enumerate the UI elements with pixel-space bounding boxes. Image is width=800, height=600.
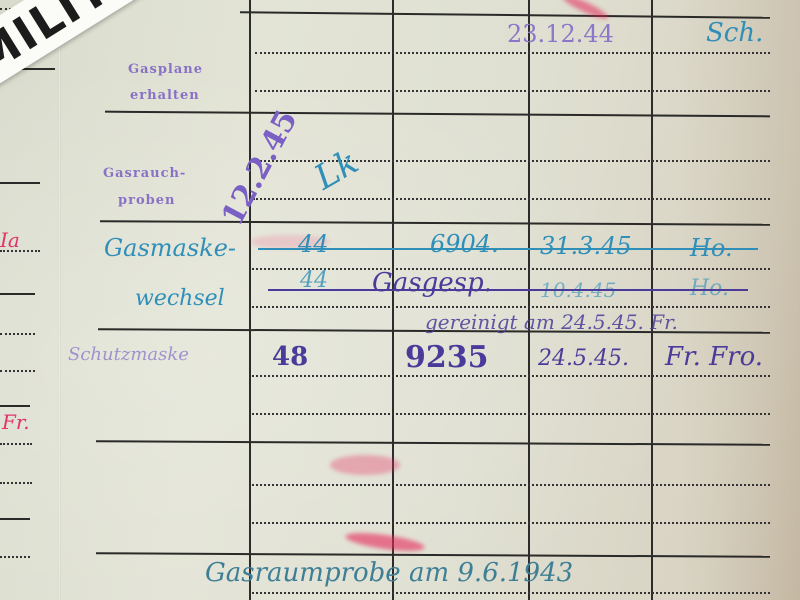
dotted-rule xyxy=(252,522,770,524)
label-gasplane-2: erhalten xyxy=(130,88,200,103)
margin-line xyxy=(0,293,35,295)
dotted-rule xyxy=(255,52,770,54)
margin-dots xyxy=(0,333,35,335)
dotted-rule xyxy=(252,268,770,270)
dotted-rule xyxy=(252,413,770,415)
label-row4: Schutzmaske xyxy=(68,344,189,365)
strikethrough-line xyxy=(258,248,758,250)
dotted-rule xyxy=(255,90,770,92)
entry-bottom-note: Gasraumprobe am 9.6.1943 xyxy=(205,558,573,588)
dotted-rule xyxy=(252,306,770,308)
label-gasmaske-2: wechsel xyxy=(135,286,225,311)
margin-dots xyxy=(0,370,35,372)
margin-line xyxy=(0,405,30,407)
dotted-rule xyxy=(253,198,770,200)
entry-row3b-number: Gasgesp. xyxy=(372,268,492,298)
margin-mark-ia: Ia xyxy=(0,228,20,252)
entry-row3-note: gereinigt am 24.5.45. Fr. xyxy=(425,310,678,334)
margin-line xyxy=(0,182,40,184)
dotted-rule xyxy=(252,484,770,486)
entry-row3a-number: 6904. xyxy=(430,230,499,258)
entry-row3a-size: 44 xyxy=(298,230,329,258)
margin-dots xyxy=(0,443,32,445)
page-fold xyxy=(58,0,61,600)
label-gasplane-1: Gasplane xyxy=(128,62,203,77)
red-smear xyxy=(330,455,400,475)
entry-row4-date: 24.5.45. xyxy=(538,346,629,371)
strikethrough-line xyxy=(268,289,748,291)
dotted-rule xyxy=(252,375,770,377)
margin-dots xyxy=(0,556,30,558)
label-gasmaske-1: Gasmaske- xyxy=(104,234,236,262)
margin-mark-fr: Fr. xyxy=(2,410,30,434)
entry-row3a-date: 31.3.45 xyxy=(540,232,632,260)
entry-row4-sign: Fr. Fro. xyxy=(665,342,763,372)
dotted-rule xyxy=(252,592,770,594)
entry-row4-number: 9235 xyxy=(405,340,489,375)
entry-top-sign: Sch. xyxy=(706,18,763,48)
entry-top-date: 23.12.44 xyxy=(507,20,614,48)
label-gasprobe-1: Gasrauch- xyxy=(103,166,186,181)
column-divider xyxy=(249,0,251,600)
label-gasprobe-2: proben xyxy=(118,193,175,208)
entry-row4-size: 48 xyxy=(272,342,308,372)
margin-line xyxy=(0,518,30,520)
margin-dots xyxy=(0,482,32,484)
